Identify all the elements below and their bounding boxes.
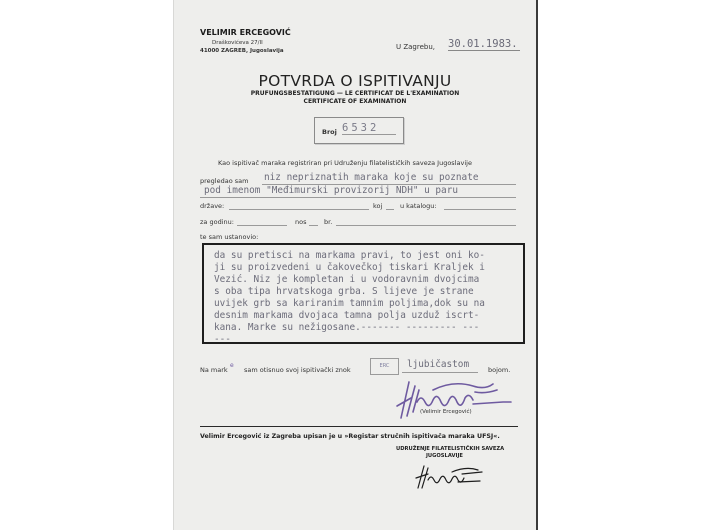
organization-signature-icon — [412, 462, 492, 492]
finding-line: --- — [214, 334, 231, 345]
document-subtitle-multilingual: PRUFUNGSBESTATIGUNG — LE CERTIFICAT DE L… — [174, 90, 536, 97]
certificate-number-value: 6532 — [342, 122, 396, 135]
sender-street: Draškovićeva 27/II — [212, 40, 263, 46]
godinu-field — [237, 225, 287, 226]
finding-line: da su pretisci na markama pravi, to jest… — [214, 250, 485, 261]
drzave-label: države: — [200, 202, 224, 210]
intro-text: Kao ispitivač maraka registriran pri Udr… — [218, 159, 472, 167]
examiner-signature-icon — [389, 376, 529, 424]
finding-line: ji su proizvedeni u čakovečkoj tiskari K… — [214, 262, 485, 273]
pregledao-underline-2 — [200, 197, 516, 198]
organization-name-line-1: UDRUŽENJE FILATELISTIČKIH SAVEZA — [396, 446, 504, 452]
footer-divider — [200, 426, 518, 427]
certificate-number-label: Broj — [322, 128, 337, 136]
finding-line: desnim markama dvojaca tamna polja uzduž… — [214, 310, 479, 321]
pregledao-label: pregledao sam — [200, 177, 248, 185]
pregledao-value-line-2: pod imenom "Međimurski provizorij NDH" u… — [204, 185, 458, 196]
finding-line: Vezić. Niz je kompletan i u vodoravnim d… — [214, 274, 479, 285]
date-value: 30.01.1983. — [448, 38, 520, 51]
br-label: br. — [324, 218, 332, 226]
mark-statement-end: bojom. — [488, 366, 510, 374]
findings-box: da su pretisci na markama pravi, to jest… — [202, 243, 525, 344]
date-place-label: U Zagrebu, — [396, 43, 435, 51]
mark-statement-handwritten-suffix: e — [230, 362, 234, 369]
mark-statement-middle: sam otisnuo svoj ispitivački znok — [244, 366, 351, 374]
mark-statement-prefix: Na mark — [200, 366, 228, 374]
registry-statement: Velimir Ercegović iz Zagreba upisan je u… — [200, 433, 500, 440]
document-subtitle-english: CERTIFICATE OF EXAMINATION — [174, 98, 536, 105]
katalog-field — [444, 209, 516, 210]
sender-city: 41000 ZAGREB, Jugoslavija — [200, 48, 284, 54]
finding-line: uvijek grb sa kariranim tamnim poljima,d… — [214, 298, 485, 309]
finding-line: kana. Marke su nežigosane.------- ------… — [214, 322, 479, 333]
organization-name-line-2: JUGOSLAVIJE — [426, 453, 463, 459]
katalog-label: u katalogu: — [400, 202, 437, 210]
certificate-number-box: Broj 6532 — [314, 117, 404, 144]
examiner-stamp-icon: ERC — [370, 358, 399, 375]
br-field — [336, 225, 516, 226]
pregledao-value-line-1: niz nepriznatih maraka koje su poznate — [264, 172, 478, 183]
nos-label: nos — [295, 218, 306, 226]
stamp-color-value: ljubičastom — [407, 359, 469, 370]
ustanovio-label: te sam ustanovio: — [200, 233, 258, 241]
certificate-document: VELIMIR ERCEGOVIĆ Draškovićeva 27/II 410… — [173, 0, 538, 530]
finding-line: s oba tipa hrvatskoga grba. S lijeve je … — [214, 286, 474, 297]
drzave-field — [229, 209, 369, 210]
godinu-label: za godinu: — [200, 218, 234, 226]
examiner-name: (Velimir Ercegović) — [420, 409, 472, 415]
koj-label: koj — [373, 202, 382, 210]
stamp-color-underline — [402, 372, 478, 373]
nos-field — [309, 225, 318, 226]
document-title: POTVRDA O ISPITIVANJU — [174, 72, 536, 90]
koj-field — [386, 209, 394, 210]
sender-name: VELIMIR ERCEGOVIĆ — [200, 28, 291, 37]
